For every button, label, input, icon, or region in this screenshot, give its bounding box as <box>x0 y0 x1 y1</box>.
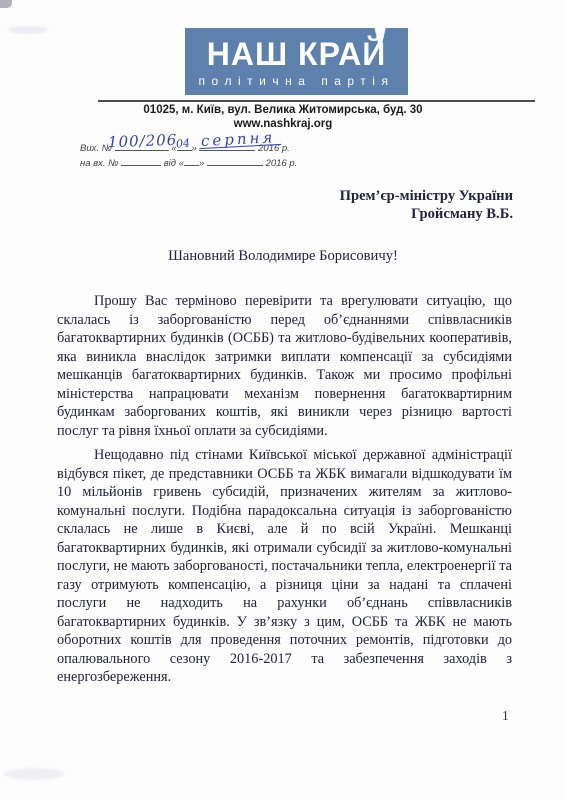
month-blank <box>207 156 263 166</box>
month-blank <box>199 141 255 151</box>
scan-smudge <box>8 26 48 34</box>
header-divider <box>98 100 535 102</box>
logo-subtitle: політична партія <box>199 74 395 88</box>
outgoing-ref-line: Вих. № «» 2016 р. 100/206 04 серпня <box>80 141 297 156</box>
scan-corner-artifact <box>0 0 12 8</box>
outgoing-ref-year: 2016 р. <box>258 143 290 154</box>
quote-close: » <box>199 158 204 169</box>
paragraph: Нещодавно під стінами Київської міської … <box>57 446 512 687</box>
day-blank <box>177 141 192 151</box>
page-number: 1 <box>502 708 509 724</box>
letter-body: Прошу Вас терміново перевірити та врегул… <box>57 292 512 693</box>
incoming-ref-year: 2016 р. <box>266 158 298 169</box>
incoming-from-label: від <box>164 158 176 169</box>
addressee-block: Прем’єр-міністру України Гройсману В.Б. <box>340 187 513 223</box>
letterhead-website: www.nashkraj.org <box>0 118 566 130</box>
letterhead-address: 01025, м. Київ, вул. Велика Житомирська,… <box>0 104 566 116</box>
addressee-title: Прем’єр-міністру України <box>340 187 513 205</box>
incoming-ref-line: на вх. № від «» 2016 р. <box>80 156 297 171</box>
outgoing-ref-label: Вих. № <box>80 143 112 154</box>
logo-title: НАШ КРАЙ <box>207 38 386 70</box>
quote-close: » <box>192 143 197 154</box>
reference-block: Вих. № «» 2016 р. 100/206 04 серпня на в… <box>80 141 297 171</box>
day-blank <box>184 156 199 166</box>
incoming-ref-label: на вх. № <box>80 158 118 169</box>
incoming-number-blank <box>121 156 161 166</box>
scanned-letter-page: НАШ КРАЙ політична партія 01025, м. Київ… <box>0 0 566 800</box>
salutation: Шановний Володимире Борисовичу! <box>0 248 566 265</box>
outgoing-number-blank <box>115 141 169 151</box>
scan-smudge <box>4 768 64 780</box>
paragraph: Прошу Вас терміново перевірити та врегул… <box>57 292 512 440</box>
addressee-name: Гройсману В.Б. <box>340 205 513 223</box>
party-logo: НАШ КРАЙ політична партія <box>185 28 408 95</box>
